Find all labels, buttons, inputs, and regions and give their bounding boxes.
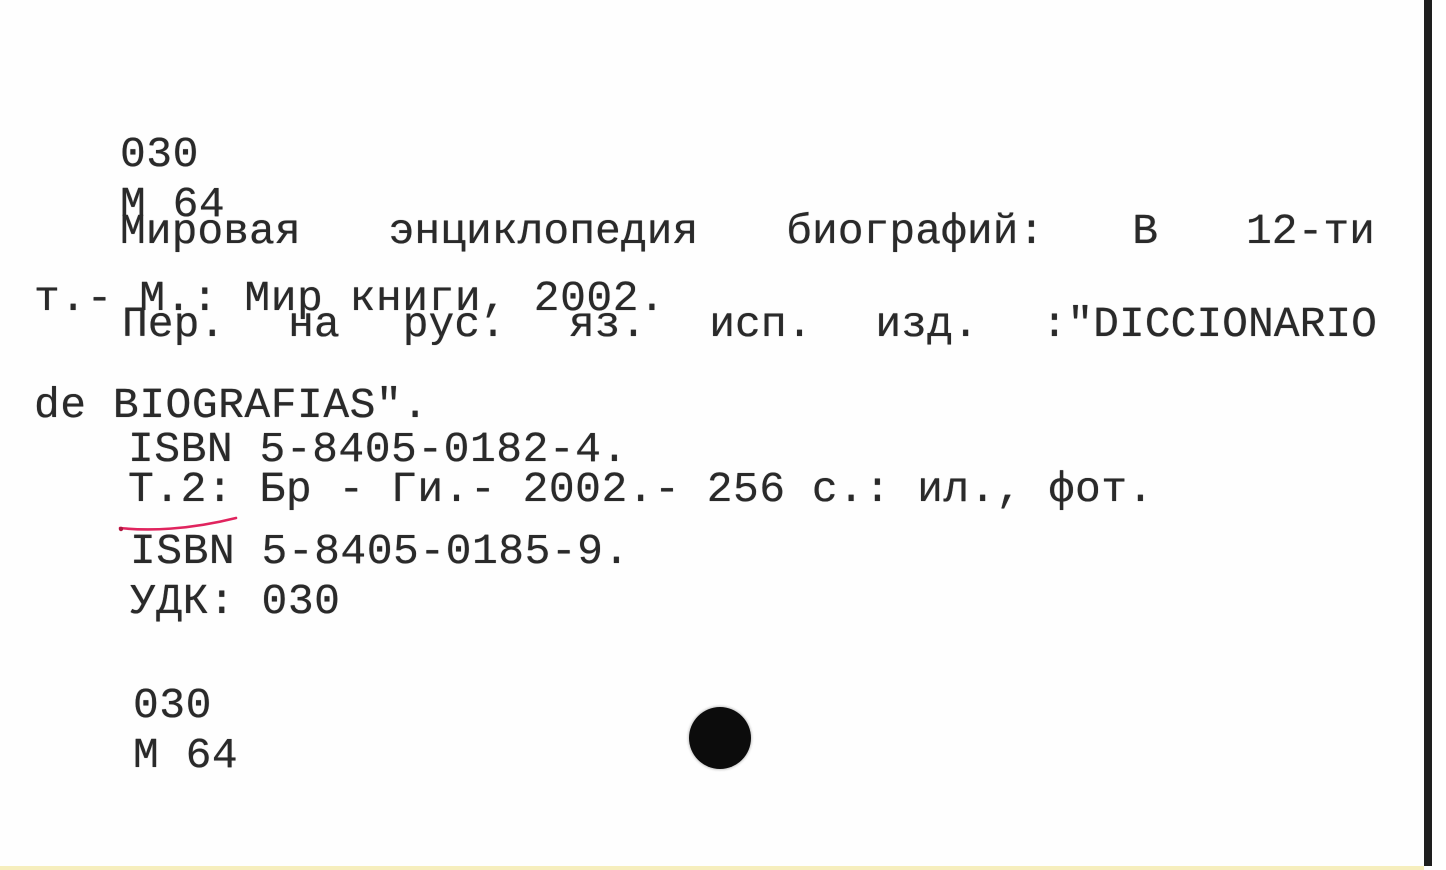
note-word: на (288, 303, 340, 346)
volume-description: Бр - Ги.- 2002.- 256 с.: ил., фот. (233, 465, 1154, 514)
title-word: биографий: (786, 210, 1044, 253)
note-word: рус. (403, 303, 506, 346)
title-word: энциклопедия (389, 210, 699, 253)
catalog-card: 030 М 64 Мировая энциклопедия биографий:… (0, 0, 1432, 866)
translation-note-line-1: Пер. на рус. яз. исп. изд. :"DICCIONARIO (122, 303, 1377, 346)
volume-line: Т.2: Бр - Ги.- 2002.- 256 с.: ил., фот. (128, 468, 1154, 511)
note-word: исп. (709, 303, 812, 346)
call-number-author-mark-bottom: М 64 (133, 734, 238, 777)
punch-hole (689, 707, 751, 769)
translation-note-line-2: de BIOGRAFIAS". (34, 384, 429, 427)
title-word: Мировая (120, 210, 301, 253)
note-word: :"DICCIONARIO (1042, 303, 1377, 346)
call-number-classification-top: 030 (120, 133, 199, 176)
title-word: В (1132, 210, 1158, 253)
title-word: 12-ти (1246, 210, 1375, 253)
note-word: яз. (569, 303, 646, 346)
volume-label: Т.2: (128, 465, 233, 514)
call-number-classification-bottom: 030 (133, 684, 212, 727)
title-line-1: Мировая энциклопедия биографий: В 12-ти (120, 210, 1375, 253)
note-word: изд. (875, 303, 978, 346)
isbn-volume: ISBN 5-8405-0185-9. (130, 530, 630, 573)
udc-code: УДК: 030 (130, 580, 340, 623)
note-word: Пер. (122, 303, 225, 346)
